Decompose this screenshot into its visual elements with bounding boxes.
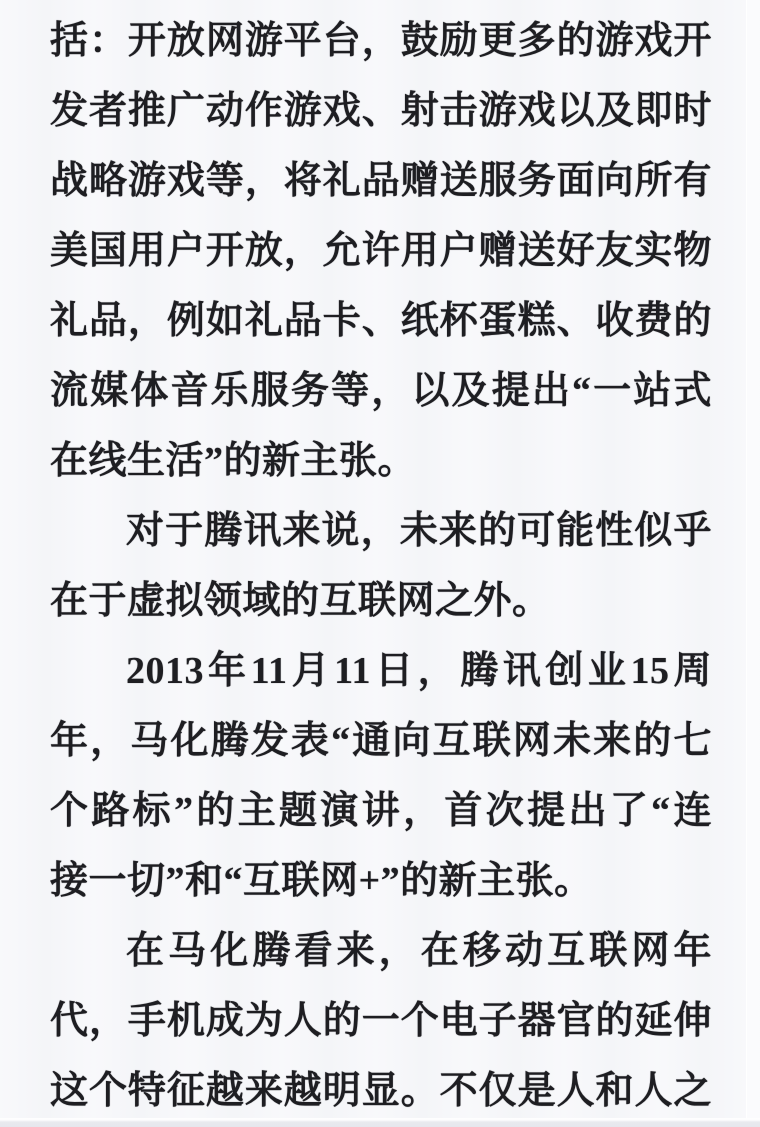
page-text: 括：开放网游平台，鼓励更多的游戏开发者推广动作游戏、射击游戏以及即时战略游戏等，… [50,6,712,1126]
text-line: 年，马化腾发表“通向互联网未来的七 [50,706,712,776]
page-right-edge-highlight [746,0,760,1127]
text-line: 战略游戏等，将礼品赠送服务面向所有 [50,146,712,216]
text-line: 发者推广动作游戏、射击游戏以及即时 [50,76,712,146]
text-line: 个路标”的主题演讲，首次提出了“连 [50,776,712,846]
book-page: 括：开放网游平台，鼓励更多的游戏开发者推广动作游戏、射击游戏以及即时战略游戏等，… [0,0,760,1127]
text-line: 美国用户开放，允许用户赠送好友实物 [50,216,712,286]
text-line: 礼品，例如礼品卡、纸杯蛋糕、收费的 [50,286,712,356]
text-line: 代，手机成为人的一个电子器官的延伸 [50,986,712,1056]
text-line: 在马化腾看来，在移动互联网年 [50,916,712,986]
text-line: 对于腾讯来说，未来的可能性似乎 [50,496,712,566]
text-line: 这个特征越来越明显。不仅是人和人之 [50,1056,712,1126]
text-line: 在于虚拟领域的互联网之外。 [50,566,712,636]
text-line: 2013年11月11日，腾讯创业15周 [50,636,712,706]
text-line: 在线生活”的新主张。 [50,426,712,496]
text-line: 接一切”和“互联网+”的新主张。 [50,846,712,916]
text-line: 括：开放网游平台，鼓励更多的游戏开 [50,6,712,76]
text-line: 流媒体音乐服务等，以及提出“一站式 [50,356,712,426]
